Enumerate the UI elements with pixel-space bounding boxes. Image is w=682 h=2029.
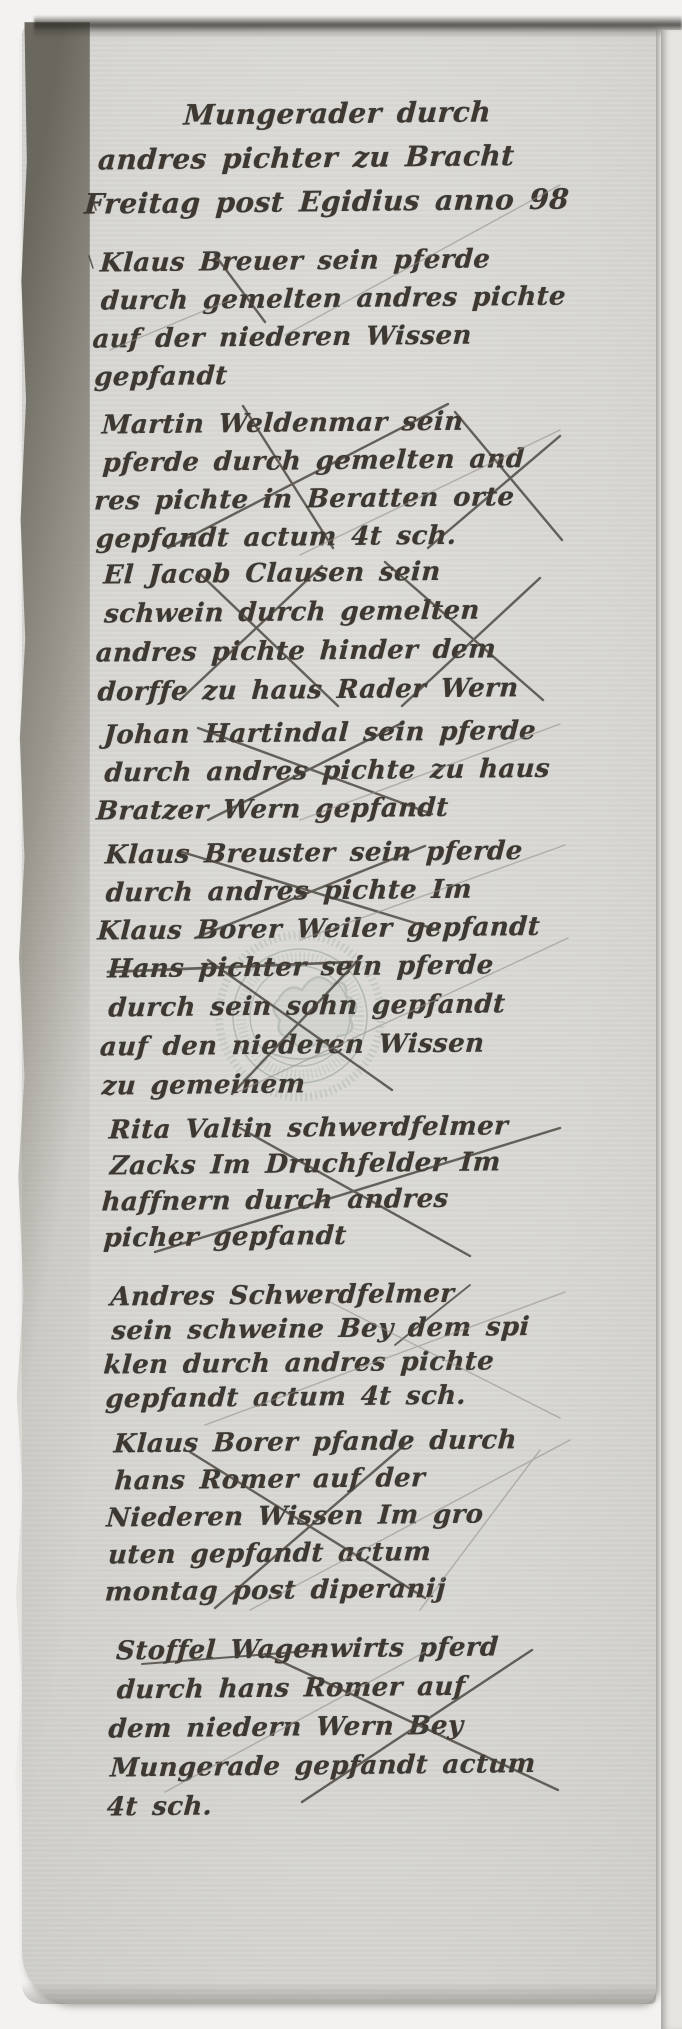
entry-line: 4t sch. (106, 1783, 656, 1828)
entry-line: haffnern durch andres (101, 1179, 654, 1221)
register-entry-5: Klaus Breuster sein pferde durch andres … (99, 831, 654, 951)
entry-line: res pichte in Beratten orte (93, 477, 646, 521)
register-entry-2: Martin Weldenmar sein pferde durch gemel… (94, 401, 651, 559)
entry-line: Zacks Im Druchfelder Im (109, 1143, 656, 1185)
entry-line: pferde durch gemelten and (101, 439, 648, 483)
entry-line: Andres Schwerdfelmer (110, 1275, 660, 1315)
heading-line: Freitag post Egidius anno 98 (83, 177, 642, 227)
entry-line: dem niedern Wern Bey (107, 1705, 660, 1750)
register-entry-7: Rita Valtin schwerdfelmer Zacks Im Druch… (101, 1107, 658, 1257)
entry-line: gepfandt actum 4t sch. (104, 1377, 653, 1417)
entry-line: Mungerade gepfandt actum (109, 1744, 658, 1789)
entry-line: klen durch andres pichte (102, 1343, 655, 1383)
entry-line: andres pichte hinder dem (95, 629, 648, 674)
entry-line: durch gemelten andres pichte (100, 277, 647, 321)
heading-line: Mungerader durch (182, 89, 647, 138)
heading-line: andres pichter zu Bracht (97, 133, 645, 183)
manuscript-scan-background: { "doc": { "heading": { "lines": ["Munge… (0, 0, 682, 2029)
entry-line: uten gepfandt actum (107, 1532, 656, 1575)
entry-line: Klaus Borer Weiler gepfandt (96, 907, 649, 951)
register-entry-1: Klaus Breuer sein pferde durch gemelten … (92, 239, 649, 397)
entry-line: durch andres pichte zu haus (103, 749, 650, 793)
entry-line: durch hans Romer auf (116, 1666, 663, 1711)
entry-line: Stoffel Wagenwirts pferd (115, 1627, 665, 1672)
entry-line: hans Romer auf der (113, 1458, 660, 1501)
register-entry-3: El Jacob Clausen sein schwein durch geme… (95, 551, 652, 713)
entry-line: Hans pichter sein pferde (106, 945, 656, 990)
entry-line: picher gepfandt (102, 1215, 651, 1257)
entry-line: durch sein sohn gepfandt (107, 984, 654, 1029)
entry-line: schwein durch gemelten (103, 590, 650, 635)
register-entry-6: Hans pichter sein pferde durch sein sohn… (99, 945, 656, 1107)
entry-line: auf der niederen Wissen (91, 315, 644, 359)
entry-line: Bratzer Wern gepfandt (95, 787, 648, 831)
entry-line: gepfandt (93, 353, 642, 397)
entry-line: auf den niederen Wissen (99, 1023, 652, 1068)
register-entry-10: Stoffel Wagenwirts pferd durch hans Rome… (106, 1627, 666, 1828)
entry-line: montag post diperanij (104, 1569, 654, 1612)
page-heading: Mungerader durch andres pichter zu Brach… (91, 89, 647, 227)
register-entry-4: Johan Hartindal sein pferde durch andres… (98, 711, 653, 831)
entry-line: zu gemeinem (100, 1062, 649, 1107)
entry-line: Klaus Breuster sein pferde (104, 831, 654, 875)
entry-line: durch andres pichte Im (105, 869, 652, 913)
entry-line: Klaus Breuer sein pferde (99, 239, 649, 283)
entry-line: Klaus Borer pfande durch (113, 1421, 663, 1464)
entry-line: Johan Hartindal sein pferde (103, 711, 653, 755)
entry-line: Rita Valtin schwerdfelmer (108, 1107, 658, 1149)
entry-line: dorffe zu haus Rader Wern (96, 668, 645, 713)
register-entry-8: Andres Schwerdfelmer sein schweine Bey d… (103, 1275, 659, 1417)
text-layer: Mungerader durch andres pichter zu Brach… (0, 0, 682, 2029)
entry-line: sein schweine Bey dem spi (110, 1309, 657, 1349)
entry-line: El Jacob Clausen sein (102, 551, 652, 596)
register-entry-9: Klaus Borer pfande durch hans Romer auf … (104, 1421, 663, 1612)
entry-line: Martin Weldenmar sein (101, 401, 651, 445)
entry-line: Niederen Wissen Im gro (105, 1495, 658, 1538)
